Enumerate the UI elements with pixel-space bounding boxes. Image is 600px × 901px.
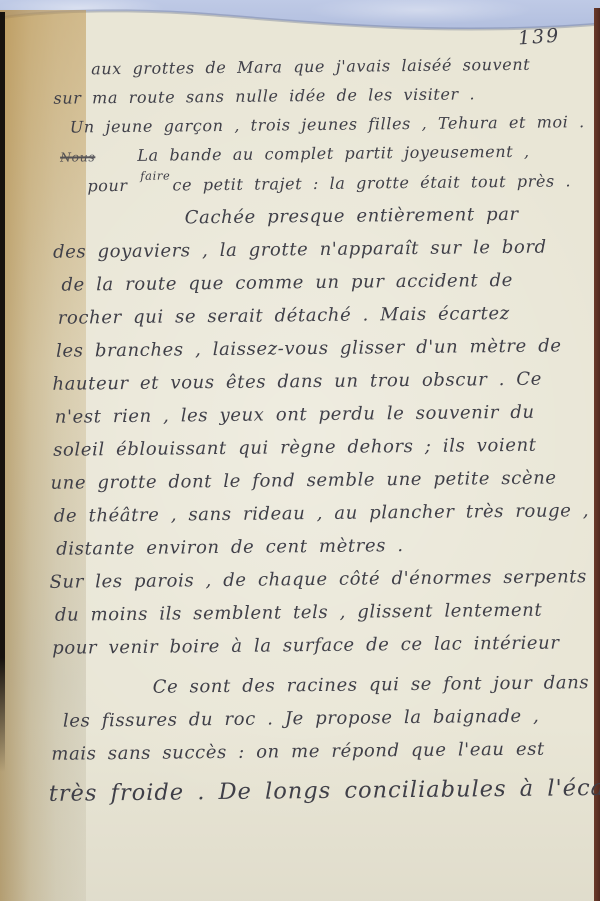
struck-out-word: Nous bbox=[60, 149, 95, 164]
manuscript-line: aux grottes de Mara que j'avais laiséé s… bbox=[41, 49, 586, 84]
handwritten-text: Sur les parois , de chaque côté d'énorme… bbox=[49, 566, 587, 593]
handwritten-text: aux grottes de Mara que j'avais laiséé s… bbox=[91, 55, 530, 79]
handwritten-text: de la route que comme un pur accident de bbox=[61, 270, 513, 296]
handwritten-text: hauteur et vous êtes dans un trou obscur… bbox=[52, 369, 542, 395]
handwritten-text: La bande au complet partit joyeusement , bbox=[137, 142, 529, 165]
handwritten-text: Ce sont des racines qui se font jour dan… bbox=[153, 672, 590, 698]
manuscript-line: de théâtre , sans rideau , au plancher t… bbox=[46, 494, 591, 533]
handwritten-text: une grotte dont le fond semble une petit… bbox=[50, 467, 556, 493]
handwritten-text: rocher qui se serait détaché . Mais écar… bbox=[58, 303, 510, 329]
manuscript-line: très froide . De longs conciliabules à l… bbox=[49, 765, 594, 817]
page-number: 139 bbox=[517, 25, 561, 50]
book-edge-left bbox=[0, 12, 5, 772]
handwritten-text: très froide . De longs conciliabules à l… bbox=[49, 775, 600, 807]
handwritten-text: ce petit trajet : la grotte était tout p… bbox=[172, 171, 571, 194]
handwritten-text: distante environ de cent mètres . bbox=[56, 535, 404, 560]
book-edge-right bbox=[594, 8, 600, 901]
handwritten-text: pour venir boire à la surface de ce lac … bbox=[52, 632, 560, 658]
inserted-word: faire bbox=[140, 162, 170, 191]
handwritten-text: Cachée presque entièrement par bbox=[185, 204, 519, 228]
handwritten-text: du moins ils semblent tels , glissent le… bbox=[55, 600, 543, 626]
handwritten-text: n'est rien , les yeux ont perdu le souve… bbox=[55, 402, 535, 428]
handwritten-text: mais sans succès : on me répond que l'ea… bbox=[51, 739, 545, 765]
handwritten-text: Un jeune garçon , trois jeunes filles , … bbox=[70, 112, 585, 136]
handwritten-text: de théâtre , sans rideau , au plancher t… bbox=[54, 500, 590, 527]
manuscript-line: pour venir boire à la surface de ce lac … bbox=[47, 626, 592, 665]
handwritten-text: soleil éblouissant qui règne dehors ; il… bbox=[53, 435, 537, 461]
manuscript-photo: { "colors": { "fabric": "#bfcae6", "pape… bbox=[0, 0, 600, 901]
handwritten-text: pour bbox=[87, 176, 127, 195]
handwritten-text: sur ma route sans nulle idée de les visi… bbox=[53, 84, 475, 107]
handwritten-text: les branches , laissez-vous glisser d'un… bbox=[56, 335, 562, 361]
handwritten-text: les fissures du roc . Je propose la baig… bbox=[63, 706, 540, 732]
manuscript-text: aux grottes de Mara que j'avais laiséé s… bbox=[41, 49, 594, 817]
page-top-edge bbox=[0, 0, 600, 50]
handwritten-text: des goyaviers , la grotte n'apparaît sur… bbox=[53, 237, 547, 263]
